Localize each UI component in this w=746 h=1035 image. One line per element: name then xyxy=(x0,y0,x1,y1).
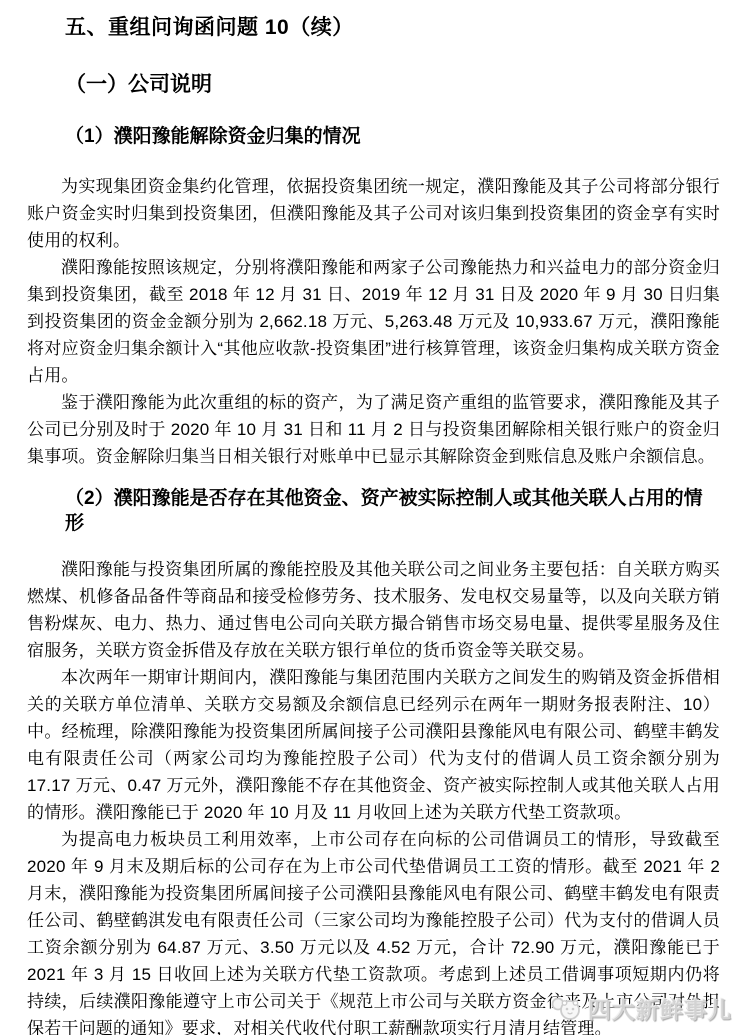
section-heading: （一）公司说明 xyxy=(65,72,720,97)
paragraph: 本次两年一期审计期间内，濮阳豫能与集团范围内关联方之间发生的购销及资金拆借相关的… xyxy=(27,664,720,826)
main-heading: 五、重组问询函问题 10（续） xyxy=(65,14,720,42)
subsection-2-heading: （2）濮阳豫能是否存在其他资金、资产被实际控制人或其他关联人占用的情形 xyxy=(65,486,720,536)
watermark-label: 四大新鲜事儿 xyxy=(588,992,732,1025)
document-page: 五、重组问询函问题 10（续） （一）公司说明 （1）濮阳豫能解除资金归集的情况… xyxy=(0,0,746,1035)
document-content: 五、重组问询函问题 10（续） （一）公司说明 （1）濮阳豫能解除资金归集的情况… xyxy=(0,0,746,1035)
subsection-1-heading: （1）濮阳豫能解除资金归集的情况 xyxy=(65,124,720,149)
watermark: 四大新鲜事儿 xyxy=(550,992,732,1025)
paragraph: 鉴于濮阳豫能为此次重组的标的资产，为了满足资产重组的监管要求，濮阳豫能及其子公司… xyxy=(27,389,720,470)
paragraph: 濮阳豫能按照该规定，分别将濮阳豫能和两家子公司豫能热力和兴益电力的部分资金归集到… xyxy=(27,254,720,389)
mascot-icon xyxy=(550,995,582,1023)
paragraph: 为实现集团资金集约化管理，依据投资集团统一规定，濮阳豫能及其子公司将部分银行账户… xyxy=(27,173,720,254)
paragraph: 濮阳豫能与投资集团所属的豫能控股及其他关联公司之间业务主要包括：自关联方购买燃煤… xyxy=(27,556,720,664)
subsection-2-body: 濮阳豫能与投资集团所属的豫能控股及其他关联公司之间业务主要包括：自关联方购买燃煤… xyxy=(27,556,720,1035)
subsection-1-body: 为实现集团资金集约化管理，依据投资集团统一规定，濮阳豫能及其子公司将部分银行账户… xyxy=(27,173,720,470)
